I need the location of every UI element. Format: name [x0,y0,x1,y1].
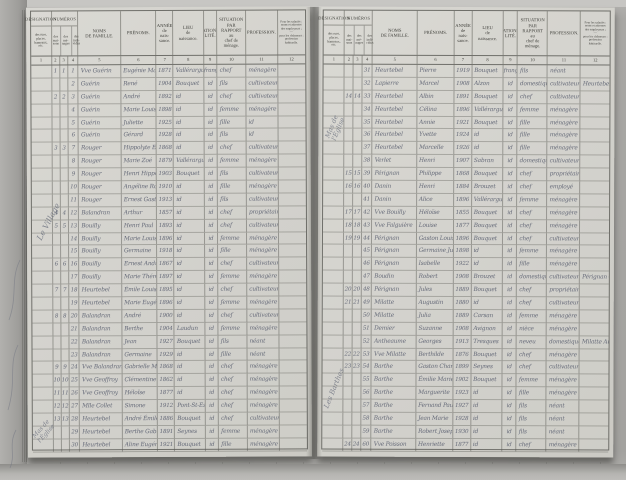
cell-rue [31,104,52,117]
cell-rue [323,168,344,181]
cell-h [353,116,362,129]
cell-rue [31,78,52,91]
cell-prof: ménagère [547,323,580,336]
cell-rue [33,375,54,388]
cell-h [352,426,361,439]
table-row: 191944PérignanGaston Louis1896Bouquetidc… [323,232,609,246]
cell-year: 1889 [454,284,472,297]
cell-h [60,169,68,182]
cell-name: Guérin [79,91,122,104]
cell-note [279,271,306,284]
col-header-annee: ANNÉE de nais- sance. [455,11,473,55]
cell-place: id [472,129,503,142]
cell-prof: ménagère [248,400,280,413]
cell-first: Robert Joseph [416,426,453,439]
cell-sit: fils [218,129,247,142]
cell-sit: femme [218,232,247,245]
cell-name: Balandran [80,310,123,323]
cell-n: 12 [69,207,79,220]
col-header-situation: SITUATION PAR RAPPORT au chef de ménage. [217,11,246,55]
cell-n: 41 [362,194,373,207]
cell-m: 13 [53,414,61,427]
cell-sit: fils [218,168,247,181]
cell-name: Pérignan [372,284,416,297]
cell-place: Tresques [471,336,502,349]
cell-h: 1 [60,65,68,78]
cell-note [580,401,609,414]
cell-name: Bouilly [79,233,122,246]
table-row: 32LapierreMarcel1908Alzoniddomestiquecul… [323,77,609,91]
cell-sit: chef [517,349,547,362]
census-table-right: DÉSIGNATION des rues, places, hameaux, e… [321,9,611,450]
cell-rue [323,284,344,297]
cell-sit: chef [517,233,547,246]
cell-rue [32,130,53,143]
table-row: 181843Vve FalguièreLouise1877Bouquetidch… [323,219,609,233]
cell-year: 1867 [158,258,175,271]
cell-year: 1889 [454,310,472,323]
cell-place: id [471,439,502,452]
cell-rue [322,374,343,387]
cell-nat: id [503,284,517,297]
cell-h [61,233,69,246]
cell-place: Bouquet [472,65,503,78]
cell-note [279,438,306,451]
cell-note [278,180,305,193]
table-row: 5GuérinJuliette1925ididfilleid [31,116,305,130]
cell-sit: domestique [517,271,547,284]
cell-note [580,181,609,194]
cell-nat: id [502,400,516,413]
cell-m [52,104,60,117]
cell-nat: franç. [204,65,218,78]
col-header-profession: PROFESSION. [548,11,581,55]
col-header-annee: ANNÉE de nais- sance. [157,11,174,55]
cell-year: 1896 [157,233,174,246]
cell-first: Pierre [417,65,454,78]
cell-h [60,117,68,130]
cell-sit: chef [218,206,247,219]
cell-prof: ménagère [547,349,580,362]
cell-place: Alzon [472,78,503,91]
cell-place: Bouquet [472,233,503,246]
cell-note [278,155,305,168]
cell-place: Seynes [471,362,502,375]
cell-nat: id [205,374,219,387]
table-body-right: 31HeurtebelPierre1919Bouquetfranç.filsné… [322,65,609,453]
cell-sit: femme [219,322,248,335]
table-row: 101025Vve GeoffroyClémentine1862ididchef… [33,374,307,388]
cell-first: Marcelle [417,142,454,155]
cell-name: Heurtebel [80,426,123,439]
cell-name: Mlle Collet [80,400,123,413]
col-num: 1 [324,56,345,64]
cell-h [353,271,362,284]
cell-first: Henri [417,155,454,168]
cell-sit: neveu [517,336,547,349]
cell-nat: id [204,129,218,142]
cell-n: 48 [361,284,372,297]
table-row: 50MilatteJulia1889Carsanidfemmeménagère [323,309,609,323]
cell-year: 1871 [157,65,174,78]
cell-prof: cultivateur [247,193,279,206]
cell-prof: ménagère [248,361,280,374]
cell-m [344,258,353,271]
cell-prof: cultivateur [247,219,279,232]
cell-note [279,284,306,297]
cell-rue [323,348,344,361]
cell-rue [324,65,345,78]
cell-note [279,322,306,335]
cell-name: Boudin [372,271,416,284]
cell-nat: id [503,181,517,194]
cell-h [352,374,361,387]
cell-nat: id [205,348,219,361]
cell-place: Bouquet [174,78,204,91]
cell-name: Barthe [372,374,416,387]
cell-prof: cultivateur [247,309,279,322]
cell-name: Bouilly [79,246,122,259]
cell-sit: chef [219,310,248,323]
col-num: 5 [373,56,417,64]
cell-place: Sabran [472,155,503,168]
cell-sit: fille [218,116,247,129]
cell-n: 59 [361,426,372,439]
cell-note [580,246,609,259]
cell-rue [323,245,344,258]
cell-h [61,297,69,310]
cell-h: 20 [353,284,362,297]
cell-prof: ménagère [247,181,279,194]
cell-h [61,349,69,362]
cell-first: Marie Eugénie [122,297,158,310]
cell-note [581,117,610,130]
cell-rue [323,335,344,348]
col-num: 4 [362,56,373,64]
table-row: 6GuérinGérard1928ididfilsid [32,129,306,143]
cell-prof: ménagère [246,103,278,116]
cell-nat: id [204,91,218,104]
cell-prof: domestique [547,336,580,349]
cell-rue [323,129,344,142]
cell-prof: cultivateur [548,156,581,169]
cell-note [279,425,306,438]
cell-n: 45 [362,245,373,258]
cell-m: 2 [52,91,60,104]
cell-place: id [174,194,204,207]
cell-n: 49 [361,297,372,310]
cell-first: Marie Thérèse [122,271,158,284]
cell-n: 24 [70,362,80,375]
cell-note [279,400,306,413]
table-row: 223GuérinAndré1892ididchefcultivateur [31,90,305,104]
cell-year: 1928 [157,129,174,142]
cell-name: Rouger [79,155,122,168]
cell-h: 9 [61,362,69,375]
cell-prof: propriétaire [547,284,580,297]
cell-sit: chef [517,297,547,310]
cell-first: Germaine [122,349,158,362]
cell-rue [323,322,344,335]
cell-name: Demier [372,322,416,335]
cell-m [52,78,60,91]
cell-n: 7 [69,143,79,156]
cell-place: Bouquet [175,439,205,452]
cell-place: Brouzet [471,271,502,284]
cell-n: 5 [68,117,78,130]
cell-nat: id [503,349,517,362]
numeros-sub-maisons: des mai- sons [345,26,354,55]
cell-nat: id [205,387,219,400]
cell-nat: id [205,271,219,284]
cell-place: Avignon [471,323,502,336]
cell-n: 30 [70,439,80,452]
cell-year: 1899 [453,361,471,374]
cell-sit: chef [218,65,247,78]
cell-sit: chef [219,413,248,426]
cell-prof: cultivateur [547,233,580,246]
cell-first: Gérard [121,130,157,143]
cell-sit: femme [218,155,247,168]
cell-note [580,285,609,298]
cell-first: Jules [417,284,454,297]
cell-year: 1908 [454,78,472,91]
cell-m: 7 [53,285,61,298]
col-num: 2 [345,56,354,64]
cell-first: Marcel [417,78,454,91]
table-row: 171742Vve BouillyHéloïse1855Bouquetidche… [323,206,609,220]
cell-name: Rouger [79,168,122,181]
cell-place: Seynes [175,426,205,439]
cell-rue [322,413,343,426]
cell-rue [32,143,53,156]
cell-h [353,155,362,168]
col-header-profession: PROFESSION. [246,11,278,55]
cell-sit: fils [218,78,247,91]
cell-name: Heurtebel [373,142,417,155]
cell-name: Rouger [79,143,122,156]
cell-m [52,181,60,194]
cell-n: 56 [361,387,372,400]
cell-first: Émilie Marie [416,374,453,387]
cell-sit: femme [219,426,248,439]
cell-nat: id [503,297,517,310]
cell-m [344,271,353,284]
cell-n: 3 [68,91,78,104]
col-num: 3 [60,56,68,64]
cell-rue [323,103,344,116]
cell-first: Henri Hippolyte [122,168,158,181]
cell-name: Vve Geoffroy [80,375,123,388]
table-row: 21BalandranBerthe1904Laudunidfemmeménagè… [32,322,306,336]
scan-bottom-edge [0,464,626,480]
cell-nat: id [503,142,517,155]
cell-prof: ménagère [246,65,278,78]
cell-rue [323,297,344,310]
cell-year: 1891 [158,426,175,439]
cell-name: Verlet [373,155,417,168]
cell-place: id [174,129,204,142]
cell-m: 10 [53,375,61,388]
cell-first: Héloïse [123,387,159,400]
cell-m: 18 [344,219,353,232]
cell-h [61,181,69,194]
cell-h [352,387,361,400]
cell-year: 1886 [158,413,175,426]
cell-year: 1907 [454,155,472,168]
cell-year: 1921 [158,439,175,452]
table-row: 19HeurtebelMarie Eugénie1896ididfemmemén… [32,296,306,310]
cell-sit: chef [517,220,547,233]
cell-h: 23 [353,361,362,374]
cell-n: 18 [69,285,79,298]
cell-year: 1924 [454,129,472,142]
cell-h: 14 [353,90,362,103]
cell-sit: femme [517,375,547,388]
cell-nat: id [204,181,218,194]
cell-h [352,400,361,413]
col-header-designation: DÉSIGNATION des rues, places, hameaux, e… [31,12,52,56]
col-header-situation: SITUATION PAR RAPPORT au chef de ménage. [518,11,548,55]
cell-sit: fille [219,348,248,361]
cell-prof: ménagère [247,232,279,245]
cell-year: 1898 [157,104,174,117]
cell-year: 1913 [157,194,174,207]
col-header-nationalite: NATIONA- LITÉ. [504,11,518,55]
designation-sub-label: des rues, places, hameaux, etc. [324,26,345,55]
table-row: 45PérignanGermaine Juliette1898ididfemme… [323,245,609,259]
cell-first: Henriette [416,439,453,452]
cell-place: id [471,413,502,426]
cell-note [580,310,609,323]
cell-name: Vve Poisson [372,439,416,452]
cell-sit: domestique [518,155,548,168]
cell-m: 17 [344,206,353,219]
cell-m [344,374,353,387]
cell-m: 8 [53,310,61,323]
cell-note [581,91,610,104]
cell-year: 1868 [454,168,472,181]
cell-nat: id [503,207,517,220]
cell-year: 1877 [454,220,472,233]
cell-place: id [174,232,204,245]
cell-place: Vallérargues [472,194,503,207]
col-header-noms: NOMS DE FAMILLE. [78,11,121,55]
col-header-designation: DÉSIGNATION des rues, places, hameaux, e… [324,11,346,55]
cell-rue [33,426,54,439]
cell-m [344,413,353,426]
table-row: 6616BouillyErnest André1867ididchefculti… [32,258,306,272]
cell-n: 54 [361,361,372,374]
cell-n: 37 [362,142,373,155]
cell-first: Germaine [122,246,158,259]
cell-year: 1892 [157,91,174,104]
col-num: 12 [278,55,305,63]
cell-n: 52 [361,335,372,348]
cell-h: 5 [61,220,69,233]
cell-place: Bouquet [472,220,503,233]
cell-nat: id [503,130,517,143]
cell-prof: cultivateur [247,142,279,155]
cell-note [279,412,306,425]
cell-n: 14 [69,233,79,246]
cell-first: Marie Louise [122,233,158,246]
cell-h [353,194,362,207]
cell-n: 29 [70,426,80,439]
table-row: 232354BartheGaston Charles1899Seynesidch… [323,361,609,375]
cell-note [580,297,609,310]
cell-nat: id [504,78,518,91]
cell-place: Bouquet [471,349,502,362]
cell-m: 21 [344,297,353,310]
cell-m: 1 [52,65,60,78]
cell-first: Clémentine [122,374,158,387]
cell-h [353,322,362,335]
cell-n: 44 [362,232,373,245]
cell-sit: chef [218,142,247,155]
cell-rue [322,400,343,413]
cell-name: Barthe [372,426,416,439]
cell-note [279,348,306,361]
cell-h: 4 [61,207,69,220]
cell-name: Vve Balandran [80,362,123,375]
cell-m: 9 [53,362,61,375]
cell-nat: id [204,103,218,116]
cell-note [581,104,610,117]
cell-name: Pérignan [373,168,417,181]
cell-m [52,169,60,182]
cell-m [52,117,60,130]
cell-year: 1895 [158,284,175,297]
cell-h: 17 [353,206,362,219]
cell-note [580,349,609,362]
cell-year: 1896 [158,297,175,310]
cell-place: Bouquet [472,168,503,181]
col-num: 1 [31,57,52,65]
numeros-group-label: NUMÉROS [345,11,372,25]
cell-name: Balandran [80,323,123,336]
table-row: 212149MilatteAugustin1880ididchefcultiva… [323,297,609,311]
table-row: 37HeurtebelMarcelle1926ididfilleménagère [323,142,609,156]
cell-h: 21 [353,297,362,310]
cell-nat: id [205,335,219,348]
cell-name: Danin [373,181,417,194]
table-row: 10RougerAngéline Rose1910ididfilleménagè… [32,180,306,194]
cell-year: 1923 [453,387,471,400]
cell-rue [323,90,344,103]
cell-n: 4 [68,104,78,117]
designation-sub-label: des rues, places, hameaux, etc. [31,27,51,56]
cell-sit: femme [219,297,248,310]
cell-prof: néant [248,348,280,361]
cell-nat: id [204,207,218,220]
table-row: 14BouillyMarie Louise1896ididfemmeménagè… [32,232,306,246]
cell-n: 39 [362,168,373,181]
cell-n: 33 [362,90,373,103]
cell-m: 23 [344,361,353,374]
cell-note [580,220,609,233]
cell-n: 57 [361,400,372,413]
col-num: 7 [157,56,174,64]
cell-year: 1855 [454,207,472,220]
cell-n: 38 [362,155,373,168]
cell-prof: néant [247,335,279,348]
numeros-sub-maisons: des mai- sons [52,26,61,55]
cell-sit: fils [518,65,548,78]
cell-note: Pérignan G. [580,272,609,285]
cell-rue [323,116,344,129]
cell-place: id [175,310,205,323]
